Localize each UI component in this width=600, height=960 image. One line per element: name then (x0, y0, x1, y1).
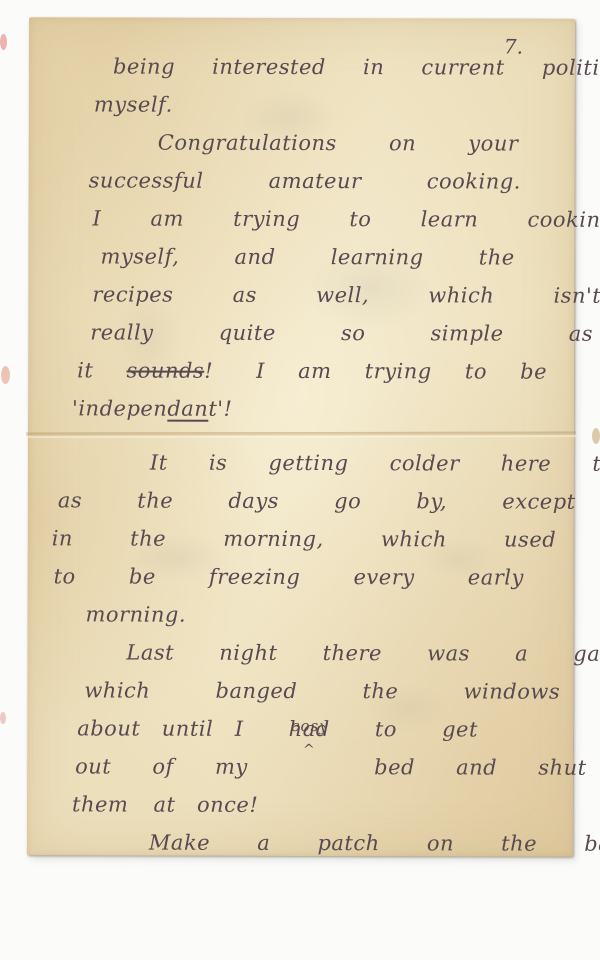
scanner-edge-stain (592, 428, 600, 444)
handwritten-text: really quite so simple as (90, 320, 593, 345)
letter-line: Congratulations on your (29, 123, 575, 162)
letter-line: it sounds! I am trying to be (28, 351, 574, 390)
letter-line: I am trying to learn cooking (29, 199, 575, 238)
letter-line: to be freezing every early (28, 557, 574, 596)
scanner-edge-stain (0, 712, 6, 724)
handwritten-text: t'! (208, 397, 232, 421)
letter-line: myself, and learning the (28, 237, 574, 276)
scanner-edge-stain (0, 34, 7, 50)
handwritten-text: which banged the windows (84, 678, 560, 703)
letter-line: really quite so simple as (28, 313, 574, 352)
letter-line: successful amateur cooking. (29, 161, 575, 200)
letter-line: myself. (29, 85, 575, 124)
handwritten-text: Make a patch on the back (149, 831, 600, 856)
letter-line: as the days go by, except (28, 481, 574, 520)
handwritten-text: myself, and learning the (100, 244, 514, 269)
handwritten-text: in the morning, which used (52, 526, 557, 551)
handwritten-text: morning. (86, 602, 187, 626)
letter-line: recipes as well, which isn't (28, 275, 574, 314)
handwritten-text: Last night there was a gale (126, 641, 600, 666)
handwritten-text: I am trying to learn cooking (93, 206, 600, 231)
handwritten-text: to be freezing every early (54, 564, 524, 589)
handwritten-text: It is getting colder here too, (150, 451, 600, 476)
underlined-text: dan (167, 397, 208, 421)
letter-line: 'independant'! (28, 389, 574, 428)
handwritten-text: about until I had to get (77, 716, 478, 741)
handwritten-text: it (77, 358, 126, 382)
handwritten-text: as the days go by, except (58, 488, 576, 513)
letter-body: being interested in current politicsmyse… (27, 47, 575, 862)
letter-page: 7. being interested in current politicsm… (27, 17, 575, 856)
letter-line: Last night there was a gale (27, 633, 573, 672)
struck-word: sounds (126, 359, 204, 383)
handwritten-text: recipes as well, which isn't (92, 282, 600, 307)
handwritten-text: 'indepen (72, 396, 167, 420)
letter-line: which banged the windows (27, 671, 573, 710)
handwritten-text: successful amateur cooking. (89, 168, 521, 193)
handwritten-text: bed and shut (333, 755, 587, 780)
handwritten-text: them at once! (72, 792, 258, 816)
letter-line: It is getting colder here too, (28, 443, 574, 482)
letter-line: morning. (27, 595, 573, 634)
handwritten-text: being interested in current politics (113, 55, 600, 80)
letter-line: being interested in current politics (29, 47, 575, 86)
handwritten-text: ! I am trying to be (204, 359, 547, 384)
letter-line: out of my cosy^ bed and shut (27, 747, 573, 786)
scanner-edge-stain (1, 366, 10, 384)
letter-line: in the morning, which used (28, 519, 574, 558)
handwritten-text: out of my (75, 754, 289, 779)
handwritten-text: Congratulations on your (158, 131, 519, 156)
handwritten-text: myself. (94, 92, 173, 116)
letter-line: them at once! (27, 785, 573, 824)
letter-line: Make a patch on the back (27, 823, 573, 862)
inserted-word: cosy^ (289, 753, 333, 774)
